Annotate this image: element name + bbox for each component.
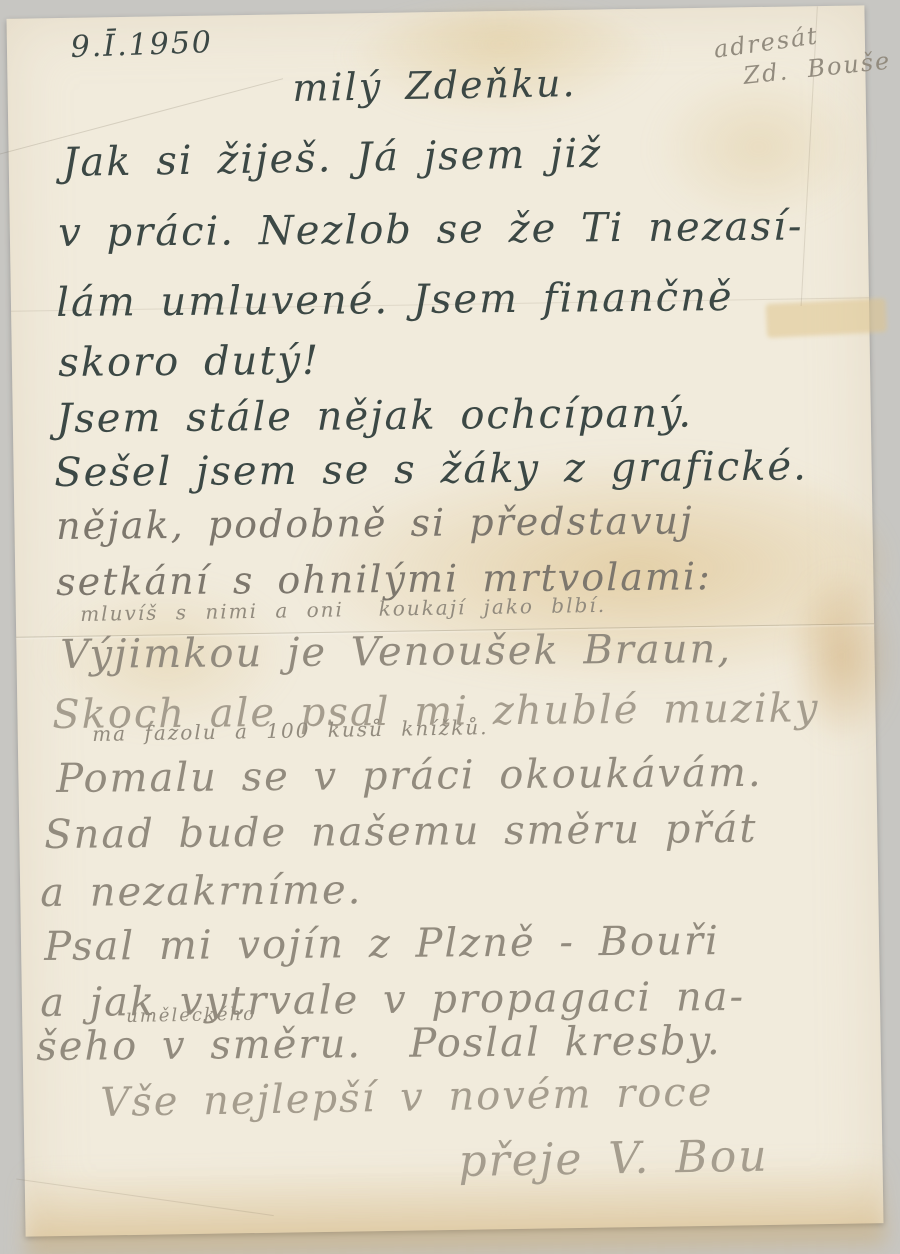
letter-line-body: Snad bude našemu směru přát bbox=[44, 806, 758, 858]
letter-line-body: Jak si žiješ. Já jsem již bbox=[62, 131, 603, 186]
letter-line-body: a nezakrníme. bbox=[40, 867, 363, 916]
letter-line-closing: Vše nejlepší v novém roce bbox=[100, 1069, 714, 1126]
letter-line-body: skoro dutý! bbox=[58, 338, 320, 386]
letter-line-body: nějak, podobně si představuj bbox=[56, 498, 694, 548]
letter-line-body: Výjimkou je Venoušek Braun, bbox=[60, 626, 732, 678]
letter-lines: 9.Ī.1950adresátZd. Boušemilý Zdeňku.Jak … bbox=[0, 0, 900, 1254]
letter-line-date: 9.Ī.1950 bbox=[70, 25, 213, 65]
letter-line-body: Psal mi vojín z Plzně - Bouři bbox=[44, 918, 720, 970]
letter-line-salutation: milý Zdeňku. bbox=[292, 61, 577, 110]
letter-line-body: Sešel jsem se s žáky z grafické. bbox=[54, 443, 808, 496]
photo-backdrop: 9.Ī.1950adresátZd. Boušemilý Zdeňku.Jak … bbox=[0, 0, 900, 1254]
letter-line-body: Jsem stále nějak ochcípaný. bbox=[56, 390, 693, 442]
letter-line-signature: přeje V. Bou bbox=[458, 1131, 769, 1187]
letter-line-body: v práci. Nezlob se že Ti nezasí- bbox=[58, 203, 804, 256]
letter-line-body: lám umluvené. Jsem finančně bbox=[56, 274, 734, 326]
letter-line-body: Pomalu se v práci okoukávám. bbox=[56, 750, 763, 802]
letter-line-body: šeho v směru. Poslal kresby. bbox=[36, 1018, 722, 1070]
